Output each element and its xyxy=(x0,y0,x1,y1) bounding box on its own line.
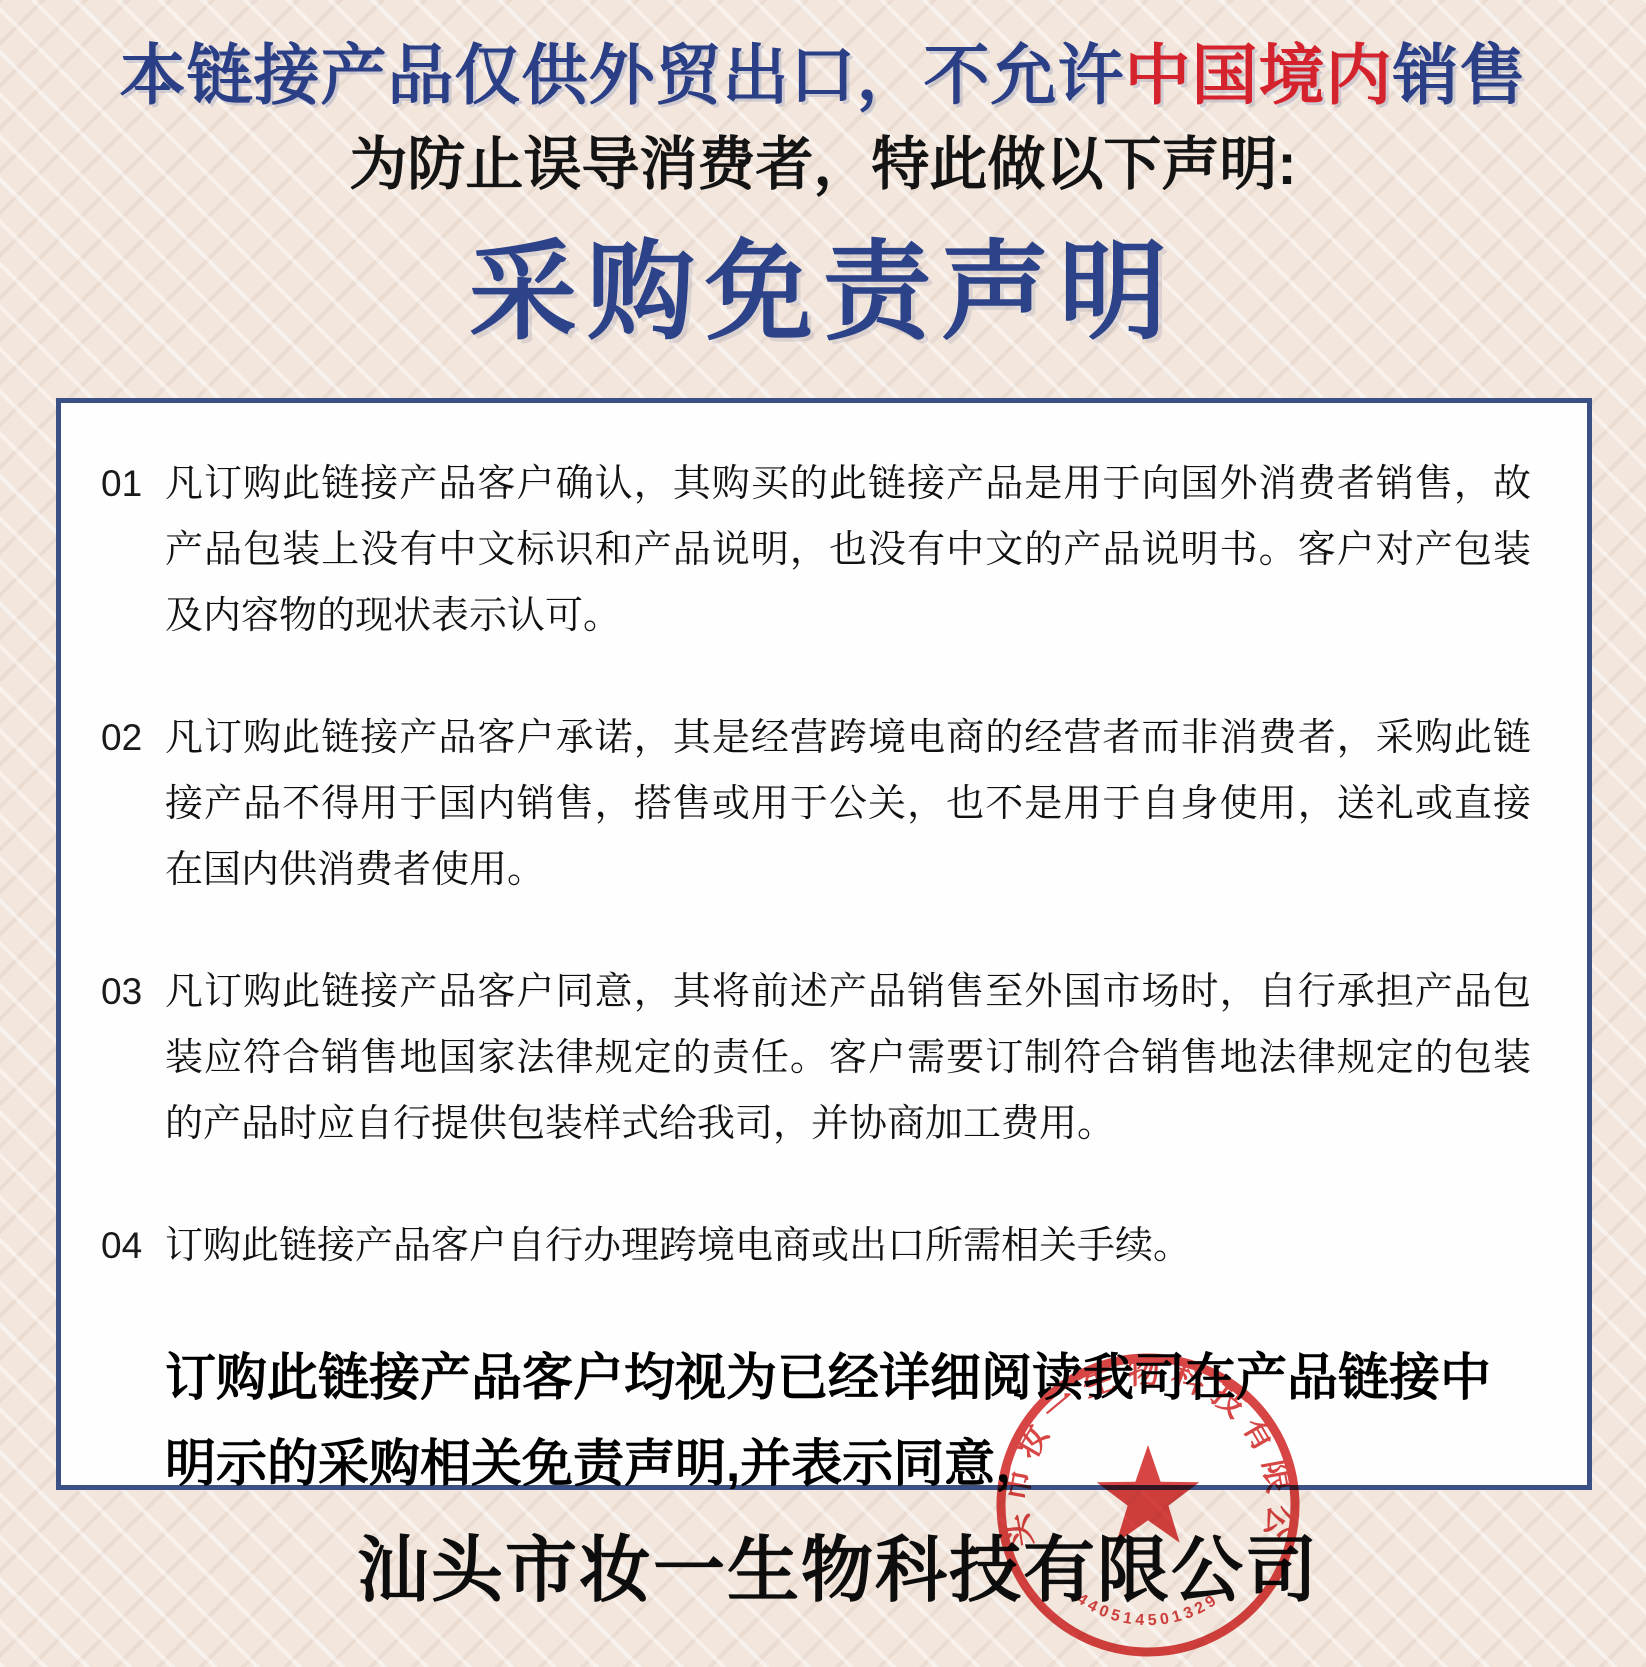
item-text: 凡订购此链接产品客户同意，其将前述产品销售至外国市场时，自行承担产品包装应符合销… xyxy=(165,959,1531,1157)
item-number: 03 xyxy=(101,959,165,1157)
declaration-item-02: 02 凡订购此链接产品客户承诺，其是经营跨境电商的经营者而非消费者，采购此链接产… xyxy=(101,705,1531,903)
page-title: 采购免责声明 xyxy=(0,219,1646,365)
declaration-item-03: 03 凡订购此链接产品客户同意，其将前述产品销售至外国市场时，自行承担产品包装应… xyxy=(101,959,1531,1157)
declaration-item-04: 04 订购此链接产品客户自行办理跨境电商或出口所需相关手续。 xyxy=(101,1213,1531,1279)
header: 本链接产品仅供外贸出口，不允许中国境内销售 为防止误导消费者，特此做以下声明: … xyxy=(0,0,1646,364)
header-line1: 本链接产品仅供外贸出口，不允许中国境内销售 xyxy=(0,32,1646,119)
item-text: 凡订购此链接产品客户确认，其购买的此链接产品是用于向国外消费者销售，故 产品包装… xyxy=(165,451,1531,649)
closing-statement: 订购此链接产品客户均视为已经详细阅读我司在产品链接中明示的采购相关免责声明,并表… xyxy=(165,1335,1531,1507)
item-number: 01 xyxy=(101,451,165,649)
header-line2: 为防止误导消费者，特此做以下声明: xyxy=(0,127,1646,202)
declaration-item-01: 01 凡订购此链接产品客户确认，其购买的此链接产品是用于向国外消费者销售，故 产… xyxy=(101,451,1531,649)
disclaimer-page: 本链接产品仅供外贸出口，不允许中国境内销售 为防止误导消费者，特此做以下声明: … xyxy=(0,0,1646,1667)
item-text: 订购此链接产品客户自行办理跨境电商或出口所需相关手续。 xyxy=(165,1213,1531,1279)
declaration-panel: 01 凡订购此链接产品客户确认，其购买的此链接产品是用于向国外消费者销售，故 产… xyxy=(56,398,1592,1490)
header-line1-highlight: 中国境内 xyxy=(1125,38,1393,112)
item-number: 02 xyxy=(101,705,165,903)
company-name: 汕头市妆一生物科技有限公司 xyxy=(0,1512,1646,1616)
header-line1-part2: 销售 xyxy=(1393,38,1527,112)
item-number: 04 xyxy=(101,1213,165,1279)
item-text: 凡订购此链接产品客户承诺，其是经营跨境电商的经营者而非消费者，采购此链接产品不得… xyxy=(165,705,1531,903)
header-line1-part1: 本链接产品仅供外贸出口，不允许 xyxy=(120,38,1125,112)
